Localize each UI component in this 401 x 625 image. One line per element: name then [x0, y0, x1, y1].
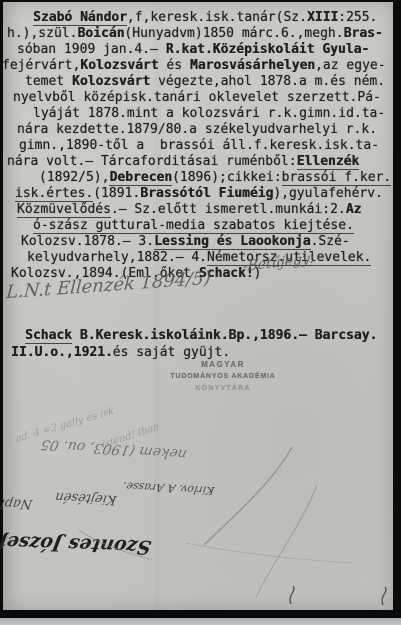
typed-segment: ,f,keresk.isk.tanár(Sz.	[127, 10, 307, 25]
typed-segment: :255.	[338, 10, 377, 25]
ink-signature: Szontes József	[0, 531, 153, 558]
index-card: Szabó Nándor,f,keresk.isk.tanár(Sz.XIII:…	[3, 2, 393, 610]
typed-line: (1892/5),Debrecen(1896);cikkei:brassói f…	[5, 170, 393, 186]
typed-line: Kolozsv.1878.– 3.Lessing és Laookonja.Sz…	[5, 234, 393, 250]
typed-segment: Kolozsv.1878.– 3.	[21, 234, 154, 249]
typed-segment: ,az egye-	[315, 58, 385, 73]
typed-segment: Közmüvelődés	[17, 202, 111, 218]
typed-segment: ),gyulafehérv.	[273, 186, 383, 201]
library-stamp: MAGYAR TUDOMÁNYOS AKADÉMIA KÖNYVTÁRA	[143, 359, 303, 395]
typed-line: temet Kolozsvárt végezte,ahol 1878.a m.é…	[5, 74, 393, 90]
typed-segment: Marosvásárhelyen	[190, 58, 315, 73]
typed-line: Schack B.Keresk.iskoláink.Bp.,1896.– Bar…	[5, 327, 393, 344]
typed-segment: nára kezdette.1879/80.a székelyudvarhely…	[17, 122, 377, 137]
typed-line: nára kezdette.1879/80.a székelyudvarhely…	[5, 122, 393, 138]
typed-segment: (Hunyadvm)1850 márc.6.,megh.	[124, 26, 343, 41]
typed-segment: Barcsay.	[315, 328, 378, 343]
typed-segment: (1896);cikkei:	[172, 170, 282, 185]
ink-note-mid: Kiejtésén	[54, 489, 118, 507]
typed-segment: nára volt.– Tárcaforditásai ruménből:	[7, 154, 297, 169]
typed-line: lyáját 1878.mint a kolozsvári r.k.gimn.i…	[5, 106, 393, 122]
typed-segment: (1891.	[93, 186, 140, 201]
stamp-line-3: KÖNYVTÁRA	[143, 383, 303, 395]
typed-line: isk.értes.(1891.Brassótól Fiuméig),gyula…	[5, 186, 393, 202]
typed-line: sóban 1909 jan.4.– R.kat.Középiskoláit G…	[5, 42, 393, 58]
typed-segment: .– Sz.előtt ismeretl.munkái:2.	[111, 202, 346, 217]
sources-paragraph: Schack B.Keresk.iskoláink.Bp.,1896.– Bar…	[5, 327, 393, 361]
biography-paragraph: Szabó Nándor,f,keresk.isk.tanár(Sz.XIII:…	[5, 10, 393, 282]
typed-line: Közmüvelődés.– Sz.előtt ismeretl.munkái:…	[5, 202, 393, 218]
typed-segment: és	[159, 58, 190, 73]
typed-segment: nyelvből középisk.tanári oklevelet szerz…	[13, 90, 381, 105]
typed-segment: Az	[346, 202, 362, 217]
typed-segment: R.kat.Középiskoláit Gyula-	[166, 42, 370, 57]
typed-segment: Boicán	[77, 26, 124, 41]
stamp-line-1: MAGYAR	[143, 359, 303, 371]
typed-segment: Kolozsvárt	[72, 74, 150, 89]
typed-segment: Kolozsvárt	[80, 58, 158, 73]
typed-segment: ó-szász guttural-media szabatos kiejtése…	[33, 218, 354, 234]
typed-segment: isk.értes.	[15, 186, 93, 202]
typed-segment: végezte,ahol 1878.a m.és ném.	[150, 74, 385, 89]
scanner-strip	[0, 618, 401, 625]
typed-line: Szabó Nándor,f,keresk.isk.tanár(Sz.XIII:…	[5, 10, 393, 26]
typed-segment: Lessing és Laookonja	[154, 234, 311, 250]
typed-segment: sóban 1909 jan.4.–	[17, 42, 166, 57]
typed-segment: Schack	[25, 328, 72, 344]
typed-segment: gimn.,1890-től a brassói áll.f.keresk.is…	[19, 138, 379, 153]
typed-segment: Ellenzék	[297, 154, 360, 170]
stamp-line-2: TUDOMÁNYOS AKADÉMIA	[143, 371, 303, 383]
typed-segment: Debrecen	[109, 170, 172, 186]
typed-segment: és saját gyüjt.	[113, 345, 230, 360]
typed-segment: fejérvárt,	[2, 58, 80, 73]
typed-segment: .Szé-	[311, 234, 350, 249]
typed-line: ó-szász guttural-media szabatos kiejtése…	[5, 218, 393, 234]
typed-line: fejérvárt,Kolozsvárt és Marosvásárhelyen…	[2, 58, 393, 74]
typed-line: nára volt.– Tárcaforditásai ruménből:Ell…	[5, 154, 393, 170]
typed-segment: XIII	[307, 10, 338, 25]
typed-line: kelyudvarhely,1882.– 4.Németorsz.utileve…	[5, 250, 393, 266]
typed-segment: kelyudvarhely,1882.– 4.	[27, 250, 207, 265]
typed-segment: lyáját 1878.mint a kolozsvári r.k.gimn.i…	[33, 106, 385, 121]
typed-segment: h.),szül.	[7, 26, 77, 41]
typed-segment: Szabó Nándor	[33, 10, 127, 26]
typed-segment: Brassótól Fiuméig	[140, 186, 273, 201]
ink-note-right: Kirlov. A Arasse.	[122, 479, 216, 497]
typed-segment: II.U.o.,1921.	[11, 345, 113, 360]
typed-line: nyelvből középisk.tanári oklevelet szerz…	[5, 90, 393, 106]
typed-segment: temet	[25, 74, 72, 89]
typed-line: gimn.,1890-től a brassói áll.f.keresk.is…	[5, 138, 393, 154]
typed-line: h.),szül.Boicán(Hunyadvm)1850 márc.6.,me…	[5, 26, 393, 42]
typed-segment: B.Keresk.iskoláink.Bp.,1896.–	[72, 328, 315, 343]
ink-note-left: Napló-	[0, 495, 33, 511]
typed-segment: brassói f.ker.	[282, 170, 392, 186]
typed-segment: Bras-	[344, 26, 383, 41]
scan-background: Szabó Nándor,f,keresk.isk.tanár(Sz.XIII:…	[0, 0, 401, 625]
typed-segment: (1892/5),	[39, 170, 109, 185]
